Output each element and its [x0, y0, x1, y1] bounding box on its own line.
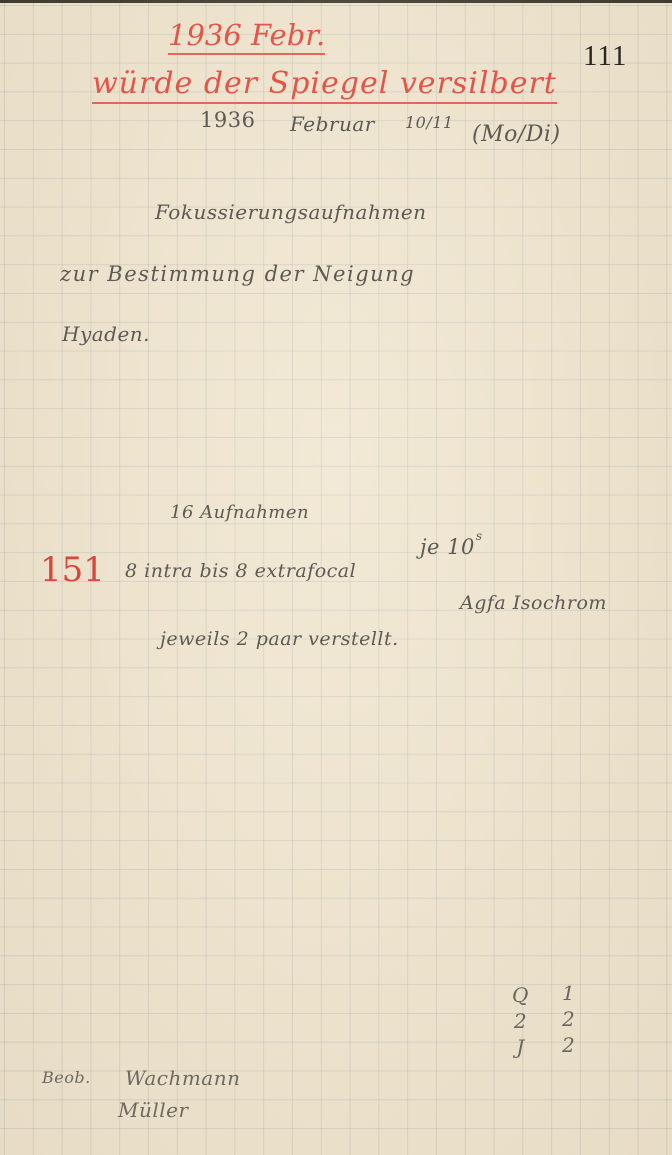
notebook-page: 111 1936 Febr. würde der Spiegel versilb… [0, 0, 672, 1155]
page-top-edge [0, 0, 672, 3]
margin-note: 2 [562, 1032, 575, 1058]
red-heading-note: würde der Spiegel versilbert [92, 66, 557, 104]
page-number: 111 [583, 40, 627, 73]
exposure-time: je 10s [420, 535, 483, 559]
red-heading-date: 1936 Febr. [168, 18, 325, 55]
date-weekdays: (Mo/Di) [472, 122, 561, 147]
exposure-detail: 8 intra bis 8 extrafocal [125, 560, 356, 582]
observer-name: Müller [118, 1098, 189, 1122]
exposure-time-unit: s [476, 529, 483, 543]
margin-notes-left: Q 2 J [512, 982, 528, 1060]
body-line-3: Hyaden. [62, 322, 150, 346]
plate-type-note: Agfa Isochrom [460, 592, 607, 614]
margin-notes-right: 1 2 2 [562, 980, 575, 1058]
exposure-count: 16 Aufnahmen [170, 502, 309, 523]
margin-note: Q [512, 982, 528, 1008]
margin-note: 1 [562, 980, 575, 1006]
observer-name: Wachmann [125, 1066, 240, 1090]
body-title: Fokussierungsaufnahmen [155, 200, 427, 224]
observers-label: Beob. [42, 1068, 91, 1087]
plate-number: 151 [40, 550, 105, 590]
date-year: 1936 [200, 108, 255, 132]
date-days: 10/11 [405, 113, 454, 132]
margin-note: J [516, 1034, 524, 1060]
date-month: Februar [290, 112, 375, 136]
body-line-2: zur Bestimmung der Neigung [60, 262, 415, 286]
margin-note: 2 [514, 1008, 527, 1034]
exposure-last-line: jeweils 2 paar verstellt. [160, 628, 399, 650]
exposure-time-value: je 10 [420, 535, 475, 559]
margin-note: 2 [562, 1006, 575, 1032]
